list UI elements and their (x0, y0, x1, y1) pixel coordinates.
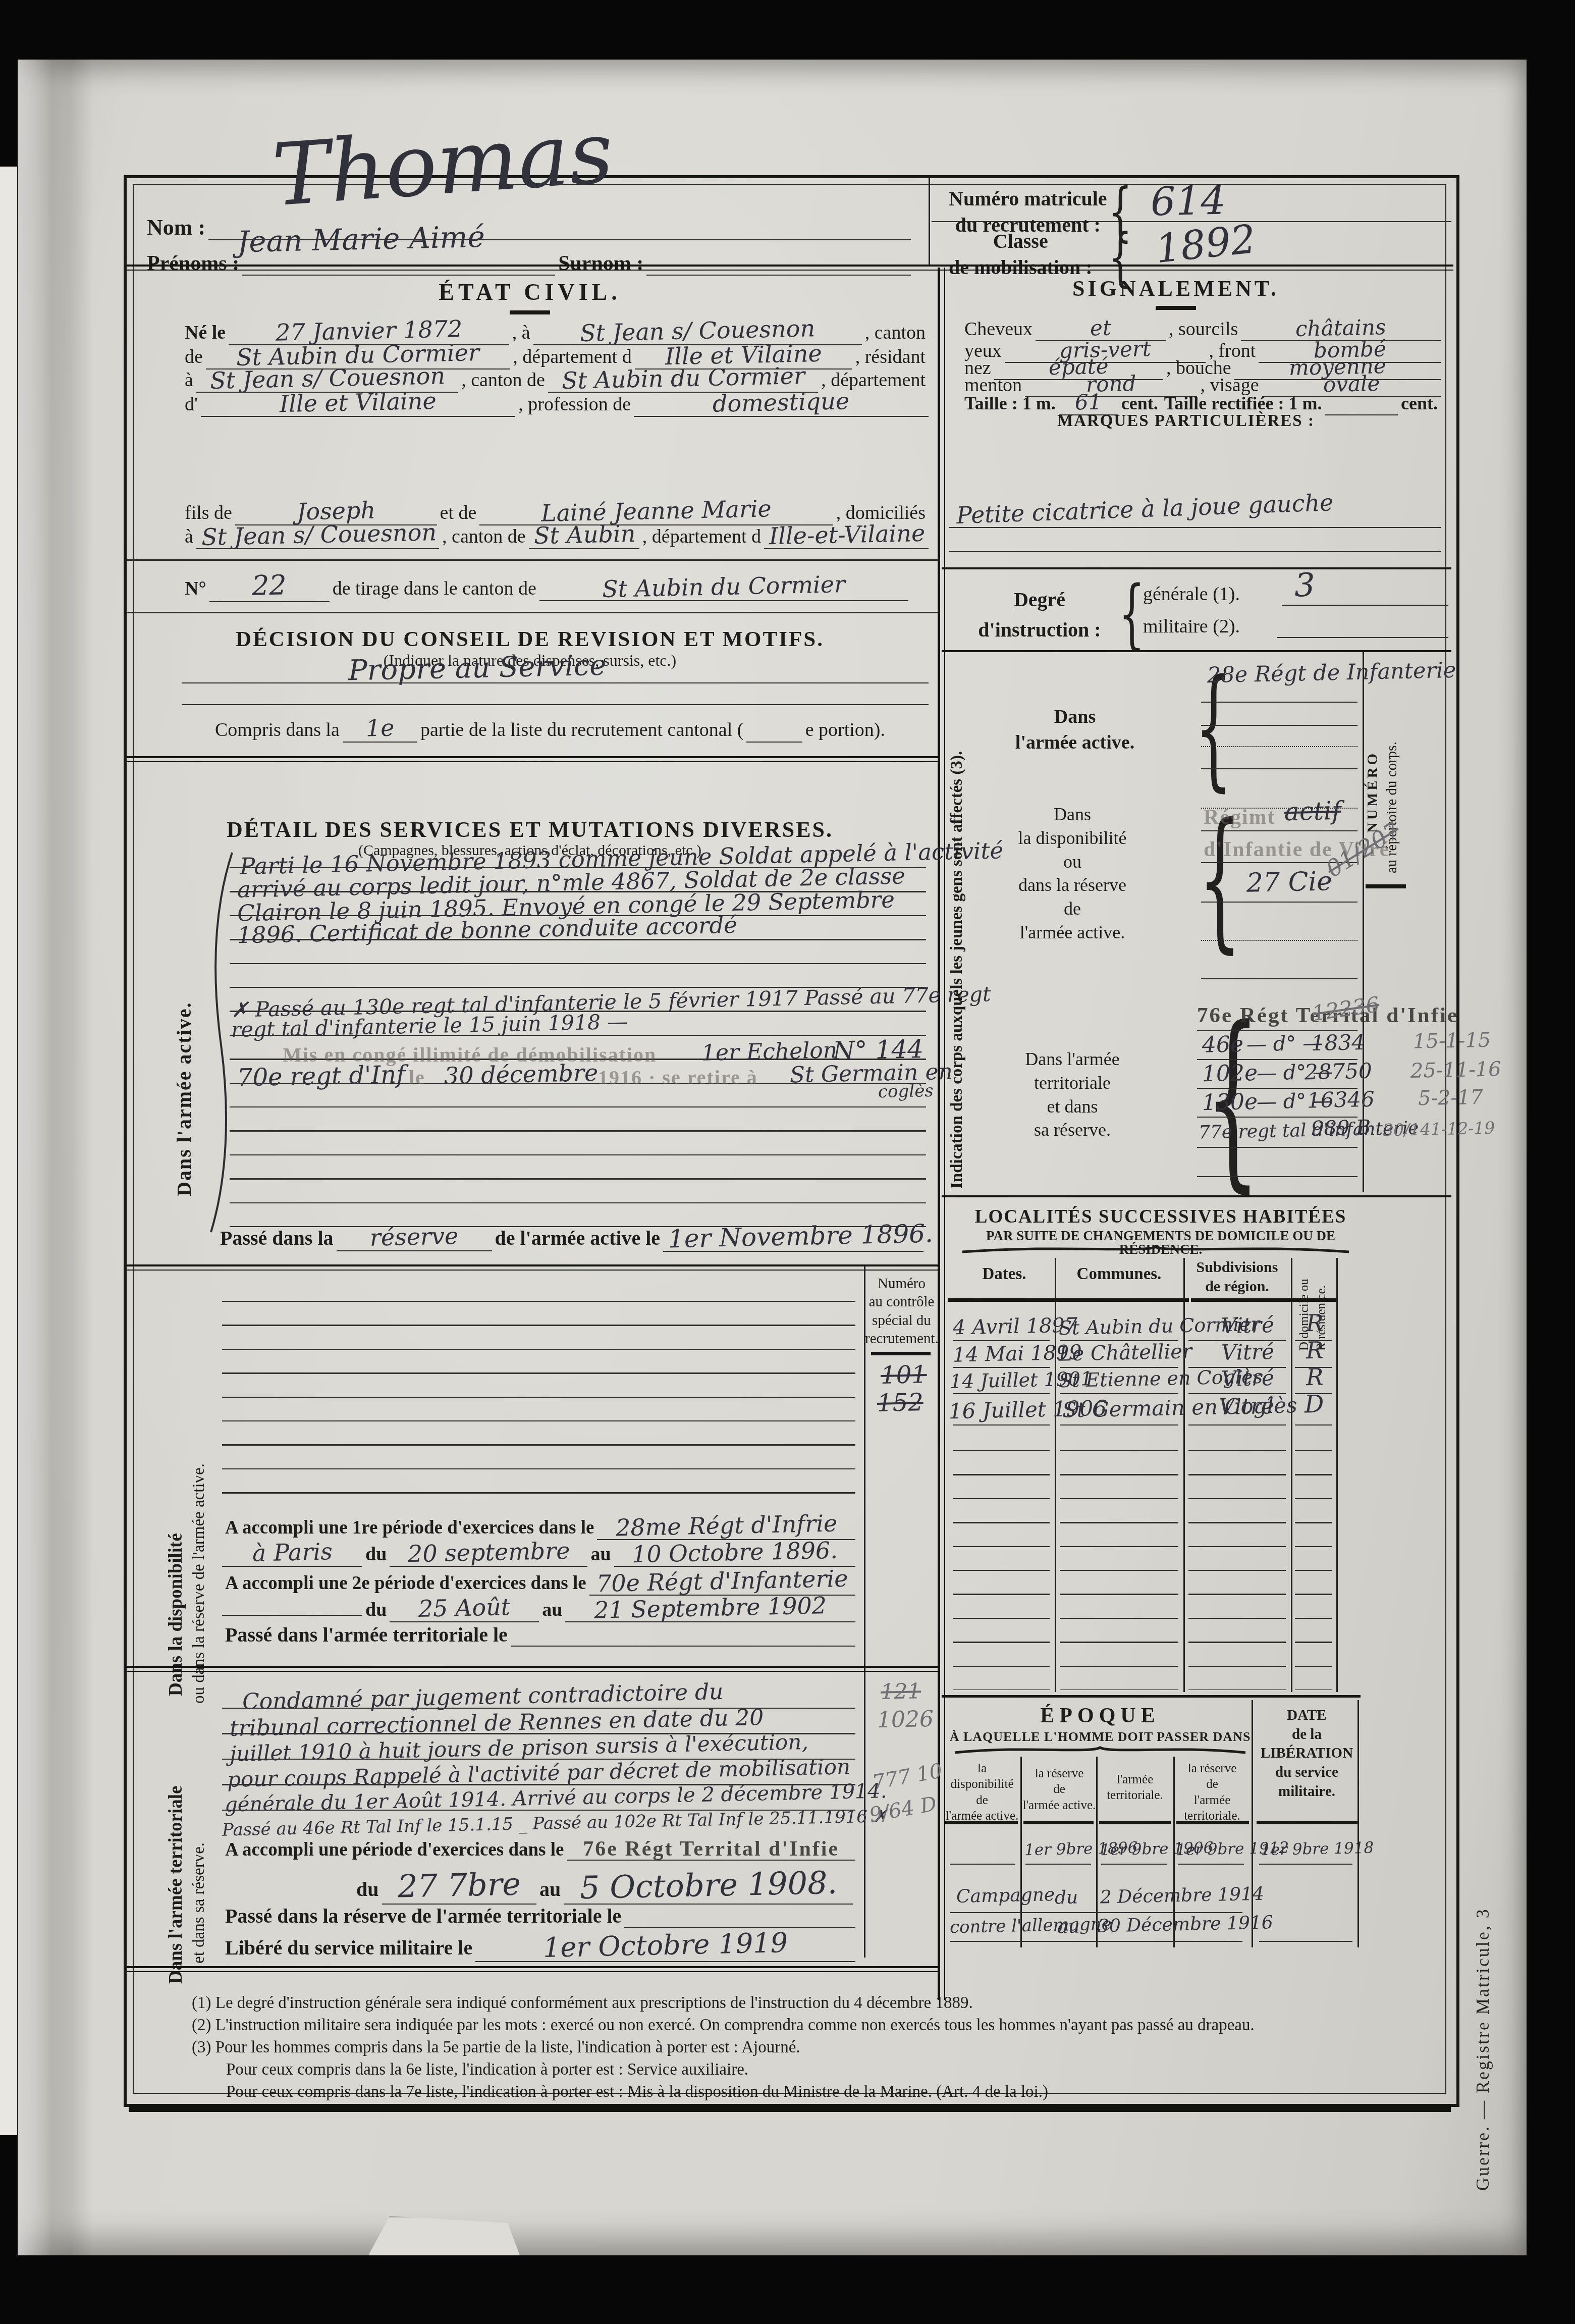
passe-reserve-label-1: Passé dans la (217, 1226, 337, 1250)
corps-line-dotted (1201, 746, 1357, 747)
ne-le-label: Né le (182, 322, 229, 344)
registre-matricule-imprint: Guerre. — Registre Matricule, 3 (1474, 1681, 1492, 2191)
section-double-rule (127, 1966, 938, 1972)
epoque-col2-header: la réserve de l'armée active. (1022, 1766, 1097, 1813)
degre-brace: { (1118, 576, 1145, 652)
repertoire-header-numero: NUMÉRO (1366, 671, 1380, 833)
corps-line (1201, 725, 1357, 726)
loc-empty-lines-communes (1060, 1428, 1178, 1690)
page-edge-sliver (0, 167, 17, 2135)
loc-row-1-dr: R (1306, 1311, 1324, 1335)
domicile-canton: St Aubin (533, 520, 635, 549)
epoque-col1-header: la disponibilité de l'armée active. (945, 1761, 1019, 1824)
numero-tirage-label: N° (182, 577, 209, 600)
armee-active-value: 28e Régt de Infanterie (1207, 660, 1456, 686)
militaire-label: militaire (2). (1143, 617, 1240, 636)
echelon-handwritten: 1er Echelon (701, 1039, 838, 1065)
periode-1-row: A accompli une 1re période d'exercices d… (222, 1512, 855, 1540)
classe-label: Classe de mobilisation : (949, 228, 1092, 281)
ep-line (1259, 1864, 1352, 1865)
epoque-col4-header: la réserve de l'armée territoriale. (1175, 1761, 1250, 1824)
domicile-departement-label: , département d (639, 525, 764, 548)
periode-1-au-line: 10 Octobre 1896. (614, 1539, 855, 1567)
epoque-top-rule (942, 1695, 1361, 1698)
epoque-header-rule-3 (1099, 1821, 1171, 1824)
periode-1-lieu-line: à Paris (222, 1539, 362, 1567)
loc-row-4-subdiv: Vitré (1219, 1395, 1275, 1418)
epoque-col3-header: l'armée territoriale. (1098, 1772, 1172, 1804)
compris-line: 1e (343, 714, 417, 743)
controle-column-divider (864, 1266, 865, 1958)
terr-row-4-marge: 30/141-12-19 (1383, 1120, 1495, 1139)
epoque-header-rule-5 (1257, 1821, 1357, 1824)
periode-1-lieu: à Paris (252, 1538, 333, 1566)
ep-line (1025, 1864, 1091, 1865)
a-label: , à (509, 322, 533, 344)
matricule-value: 614 (1150, 181, 1226, 222)
numero-tirage-line: 22 (209, 569, 330, 602)
terr-row-1-corps: 46e (1202, 1033, 1244, 1057)
passe-reserve-line-1: réserve (337, 1223, 492, 1251)
domicile-canton-label: , canton de (439, 525, 529, 548)
cent2-label: cent. (1398, 393, 1441, 414)
degre-label: Degré d'instruction : (974, 585, 1105, 645)
loc-row-4-dr: D (1305, 1392, 1324, 1417)
marge-1026: 1026 (877, 1708, 934, 1731)
actif-crossed: actif (1284, 798, 1341, 824)
passe-territoriale-line (511, 1641, 855, 1647)
decision-title: DÉCISION DU CONSEIL DE REVISION ET MOTIF… (202, 628, 858, 650)
terr-row-2-numero: 28750 (1305, 1061, 1372, 1083)
decision-line-1 (182, 682, 929, 683)
footnote-2: (2) L'instruction militaire sera indiqué… (192, 2017, 1255, 2034)
loc-empty-lines-subdiv (1188, 1428, 1286, 1690)
ep-line (950, 1941, 1242, 1942)
profession: domestique (713, 387, 850, 417)
loc-line (953, 1340, 1050, 1341)
libere-line: 1er Octobre 1919 (475, 1929, 855, 1962)
periode-terr-line: 76e Régt Territal d'Infie (567, 1838, 855, 1861)
generale-value: 3 (1294, 569, 1315, 602)
periode-1-du: 20 septembre (407, 1537, 570, 1568)
corps-line (1201, 978, 1357, 979)
corps-line (1197, 1147, 1357, 1148)
loc-row-2-dr: R (1306, 1339, 1324, 1362)
compris-label-2: partie de la liste du recrutement canton… (417, 719, 746, 741)
loc-line (1188, 1424, 1286, 1425)
nom-handwritten: Thomas (270, 110, 616, 219)
corps-line (1201, 830, 1357, 831)
terr-row-2-marge: 25-11-16 (1410, 1059, 1502, 1081)
numero-tirage: 22 (252, 569, 287, 601)
armee-active-vertical-label: Dans l'armée active. (174, 883, 194, 1196)
residence-departement-line: Ille et Vilaine (201, 389, 515, 417)
etat-row-6: à St Jean s/ Couesnon , canton de St Aub… (182, 521, 929, 549)
loc-line (1060, 1393, 1178, 1394)
corps-bottom-rule (942, 1195, 1451, 1197)
ep-line (950, 1912, 1242, 1913)
disponibilite-label: Dans la disponibilité ou dans la réserve… (974, 803, 1171, 944)
surnom-label: Surnom : (555, 251, 646, 276)
loc-row-1-subdiv: Vitré (1221, 1314, 1275, 1337)
territoriale-label: Dans l'armée territoriale et dans sa rés… (974, 1047, 1171, 1142)
loc-line (953, 1367, 1050, 1368)
scanned-register-page: Nom : Thomas Prénoms : Surnom : Jean Mar… (0, 0, 1575, 2324)
periode-2-label: A accompli une 2e période d'exercices da… (222, 1572, 589, 1594)
armee-active-label: Dans l'armée active. (979, 704, 1171, 756)
col-subdivisions-header: Subdivisions de région. (1183, 1258, 1291, 1296)
ep-line (950, 1864, 1015, 1865)
loc-line (953, 1424, 1050, 1425)
corps-line-dotted (1201, 940, 1357, 941)
controle-header-rule (871, 1352, 931, 1355)
section-rule (127, 612, 938, 613)
controle-number-2: 152 (877, 1390, 924, 1415)
epoque-subtitle: À LAQUELLE L'HOMME DOIT PASSER DANS (949, 1730, 1252, 1744)
signalement-title: SIGNALEMENT. (959, 278, 1393, 300)
controle-header: Numéro au contrôle spécial du recrutemen… (865, 1275, 938, 1348)
campagne-1: Campagne (956, 1886, 1055, 1906)
epoque-right-border (1357, 1700, 1359, 1947)
matricule-box-divider (929, 178, 930, 267)
periode-terr-dates-row: du 27 7bre au 5 Octobre 1908. (353, 1867, 853, 1905)
au-label: au (587, 1543, 614, 1565)
localites-col-divider-3 (1291, 1258, 1292, 1692)
tirage-canton: St Aubin du Cormier (602, 570, 846, 603)
book-spine-shadow (18, 60, 93, 2255)
main-column-divider (938, 268, 945, 2000)
terr-vertical-label-2: et dans sa réserve. (191, 1721, 207, 1964)
ep-line (1101, 1864, 1167, 1865)
portion-line (746, 736, 802, 743)
periode-terr-row: A accompli une période d'exercices dans … (222, 1838, 855, 1861)
terr-au-line: 5 Octobre 1908. (564, 1867, 853, 1905)
taille-value: 61 (1074, 389, 1102, 414)
marques-line-2 (949, 551, 1441, 552)
terr-row-4-numero: 989 B (1311, 1118, 1371, 1139)
repertoire-dash (1366, 884, 1406, 888)
passe-reserve-terr-line (624, 1922, 855, 1928)
generale-line (1282, 605, 1448, 606)
signalement-bottom-rule (942, 567, 1451, 569)
epoque-title: ÉPOQUE (959, 1705, 1241, 1726)
cent-label: cent. (1118, 393, 1161, 414)
stamp-se-retire: 1916 · se retire à (598, 1068, 758, 1088)
campagne-du: du (1055, 1889, 1078, 1908)
corps-vertical-label: Indication des corps auxquels les jeunes… (949, 656, 965, 1189)
domicile: St Jean s/ Couesnon (201, 518, 437, 551)
tirage-canton-line: St Aubin du Cormier (539, 573, 908, 601)
passe-reserve-terr-row: Passé dans la réserve de l'armée territo… (222, 1904, 855, 1928)
passe-reserve-row: Passé dans la réserve de l'armée active … (217, 1222, 924, 1252)
ep-line (1259, 1941, 1352, 1942)
marques-title: MARQUES PARTICULIÈRES : (984, 413, 1388, 430)
dispo-vertical-label-1: Dans la disponibilité (167, 1292, 185, 1696)
militaire-line (1277, 637, 1448, 638)
domicile-line: St Jean s/ Couesnon (196, 521, 439, 549)
corps-line (1201, 702, 1357, 703)
libere-value: 1er Octobre 1919 (543, 1927, 788, 1964)
loc-row-2-commune: Le Châtellier (1059, 1341, 1192, 1364)
col-dates-header: Dates. (954, 1266, 1055, 1283)
terr-vertical-label-1: Dans l'armée territoriale (167, 1701, 185, 1984)
periode-1-dates-row: à Paris du 20 septembre au 10 Octobre 18… (222, 1539, 855, 1567)
domicile-departement-line: Ille-et-Vilaine (764, 521, 929, 549)
campagne-2: contre l'allemagne (950, 1916, 1112, 1936)
epoque-header-rule-1 (945, 1821, 1018, 1824)
terr-du-value: 27 7bre (397, 1865, 521, 1905)
periode-2-au: 21 Septembre 1902 (594, 1592, 827, 1624)
periode-2-au-line: 21 Septembre 1902 (565, 1594, 855, 1622)
dispo-blank-lines (222, 1278, 855, 1505)
epoque-value-liberation: 1er 9bre 1918 (1261, 1840, 1374, 1859)
periode-1-au: 10 Octobre 1896. (631, 1537, 838, 1568)
terr-row-2-corps: 102e (1202, 1062, 1258, 1085)
loc-row-3-subdiv: Vitré (1221, 1367, 1275, 1390)
periode-2-du: 25 Août (418, 1593, 511, 1622)
compris-partie: 1e (365, 714, 395, 742)
terr-au-label: au (536, 1877, 564, 1901)
periode-2-line: 70e Régt d'Infanterie (589, 1567, 855, 1596)
loc-line (1060, 1424, 1178, 1425)
libere-row: Libéré du service militaire le 1er Octob… (222, 1929, 855, 1962)
localites-header-rule-right (1191, 1298, 1336, 1302)
terr-row-1-marge: 15-1-15 (1413, 1030, 1491, 1051)
etat-civil-title: ÉTAT CIVIL. (318, 281, 742, 304)
section-double-rule (127, 756, 938, 762)
epoque-header-rule-4 (1176, 1821, 1249, 1824)
domicile-canton-line: St Aubin (529, 521, 639, 549)
loc-line (953, 1393, 1050, 1394)
periode-2-du-line: 25 Août (390, 1594, 539, 1622)
passe-reserve-value-2: 1er Novembre 1896. (668, 1219, 934, 1254)
compris-row: Compris dans la 1e partie de la liste du… (212, 714, 888, 743)
date-30-decembre: 30 décembre (444, 1061, 599, 1087)
tirage-row: N° 22 de tirage dans le canton de St Aub… (182, 569, 908, 602)
terr-au-value: 5 Octobre 1908. (579, 1864, 838, 1907)
compris-label-1: Compris dans la (212, 719, 343, 741)
loc-empty-lines-dr (1295, 1428, 1332, 1690)
classe-value: 1892 (1154, 220, 1258, 269)
d-label: d' (182, 393, 201, 415)
terr-row-3-marge: 5-2-17 (1418, 1087, 1484, 1109)
terr-du-label: du (353, 1877, 382, 1901)
decision-line-2 (182, 704, 929, 705)
domicile-departement: Ille-et-Vilaine (769, 519, 926, 550)
localites-right-border (1336, 1258, 1338, 1692)
periode-1-line: 28me Régt d'Infrie (597, 1512, 855, 1540)
generale-label: générale (1). (1143, 585, 1240, 604)
prenoms-label: Prénoms : (144, 251, 242, 276)
etat-civil-dash (510, 310, 550, 314)
localites-brace-line (961, 1243, 1350, 1255)
campagne-au: au (1057, 1918, 1080, 1937)
passe-reserve-line-2: 1er Novembre 1896. (663, 1222, 924, 1252)
profession-line: domestique (634, 389, 929, 417)
col-communes-header: Communes. (1055, 1266, 1183, 1283)
du-label-2: du (362, 1599, 390, 1621)
du-label: du (362, 1543, 390, 1565)
periode-2-row: A accompli une 2e période d'exercices da… (222, 1567, 855, 1596)
terr-row-3-corps: 130e (1202, 1091, 1258, 1114)
etat-row-4: d' Ille et Vilaine , profession de domes… (182, 389, 929, 417)
marques-line-1 (949, 527, 1441, 528)
services-title: DÉTAIL DES SERVICES ET MUTATIONS DIVERSE… (202, 819, 858, 841)
nom-label: Nom : (144, 215, 208, 240)
loc-line (1295, 1424, 1332, 1425)
regiment-70: 70e regt d'Inf (237, 1063, 406, 1090)
stamp-le: le (409, 1068, 425, 1088)
signalement-dash (1156, 306, 1196, 310)
cogles: coglès (878, 1082, 934, 1100)
footnote-4: Pour ceux compris dans la 6e liste, l'in… (226, 2062, 748, 2078)
tirage-texte: de tirage dans le canton de (330, 577, 539, 600)
campagne-date-1: 2 Décembre 1914 (1100, 1885, 1264, 1907)
passe-reserve-terr-label: Passé dans la réserve de l'armée territo… (222, 1904, 624, 1928)
periode-1-label: A accompli une 1re période d'exercices d… (222, 1517, 597, 1539)
residence-departement: Ille et Vilaine (280, 387, 437, 417)
compagnie-27: 27 Cie (1246, 868, 1332, 896)
dispo-vertical-label-2: ou dans la réserve de l'armée active. (191, 1285, 207, 1704)
epoque-header-rule-2 (1023, 1821, 1094, 1824)
domicile-a-label: à (182, 525, 196, 548)
terr-row-1-numero: 1834 (1311, 1032, 1366, 1054)
stamp-regiment: Régimt (1204, 807, 1276, 828)
periode-2-dates-row: du 25 Août au 21 Septembre 1902 (222, 1594, 855, 1622)
epoque-date-header: DATE de la LIBÉRATION du service militai… (1253, 1706, 1361, 1801)
marge-121: 121 (881, 1680, 921, 1703)
compris-label-3: e portion). (802, 719, 888, 741)
loc-row-2-subdiv: Vitré (1221, 1341, 1275, 1363)
periode-2-spacer-line (222, 1615, 362, 1616)
section-double-rule (127, 1666, 938, 1672)
footnote-5: Pour ceux compris dans la 7e liste, l'in… (226, 2084, 1048, 2100)
residence-a-label: à (182, 369, 196, 391)
campagne-date-2: 30 Décembre 1916 (1098, 1914, 1273, 1935)
regiment-76-stamp: 76e Régt Territal d'Infie (583, 1837, 839, 1861)
controle-number-1: 101 (881, 1362, 928, 1388)
taille-label: Taille : 1 m. (961, 393, 1059, 414)
localites-title: LOCALITÉS SUCCESSIVES HABITÉES (959, 1207, 1363, 1226)
loc-row-3-dr: R (1306, 1365, 1324, 1389)
libere-label: Libéré du service militaire le (222, 1936, 475, 1960)
profession-label: , profession de (515, 393, 634, 415)
section-double-rule (127, 1264, 938, 1271)
epoque-brace-line (954, 1745, 1246, 1756)
section-rule (127, 559, 938, 561)
passe-reserve-value-1: réserve (369, 1222, 458, 1251)
corps-line (1201, 902, 1357, 903)
header-bottom-rule (127, 265, 1453, 271)
footnote-1: (1) Le degré d'instruction générale sera… (192, 1995, 973, 2012)
localites-header-rule-left (948, 1298, 1189, 1302)
decision-value: Propre au Service (348, 652, 606, 685)
prenoms-handwritten: Jean Marie Aimé (237, 222, 485, 256)
terr-du-line: 27 7bre (382, 1867, 537, 1905)
bottom-shadow-band (129, 2104, 1451, 2112)
passe-territoriale-label: Passé dans l'armée territoriale le (222, 1623, 511, 1647)
periode-terr-label: A accompli une période d'exercices dans … (222, 1839, 567, 1861)
corps-line (1201, 768, 1357, 769)
au-label-2: au (539, 1599, 565, 1621)
corps-line (1197, 1176, 1357, 1177)
taille-rect-label: Taille rectifiée : 1 m. (1161, 393, 1325, 414)
terr-row-3-numero: 16346 (1307, 1089, 1375, 1112)
periode-1-du-line: 20 septembre (390, 1539, 587, 1567)
footnote-3: (3) Pour les hommes compris dans la 5e p… (192, 2039, 800, 2056)
residence-canton-label: , canton de (458, 369, 548, 391)
passe-reserve-label-2: de l'armée active le (492, 1226, 664, 1250)
passe-territoriale-row: Passé dans l'armée territoriale le (222, 1623, 855, 1647)
loc-empty-lines-dates (953, 1428, 1050, 1690)
ep-line (1178, 1864, 1244, 1865)
canton-label: , canton (862, 322, 929, 344)
